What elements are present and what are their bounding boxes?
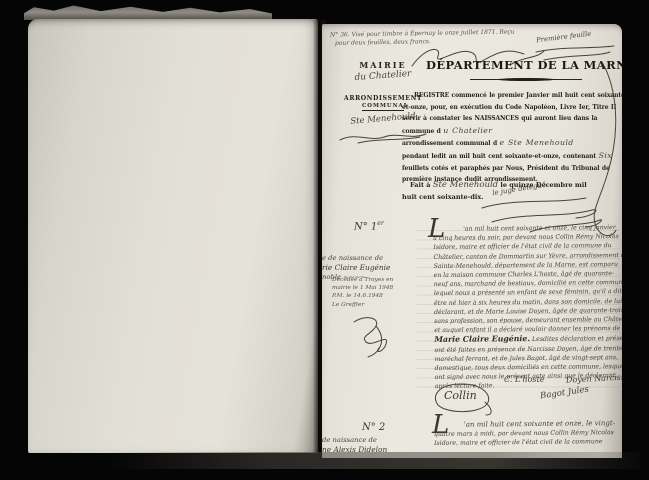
register-line: REGISTRE commencé le premier Janvier mil… <box>402 90 622 102</box>
signature-lhoste: C. L'hoste <box>504 375 544 384</box>
register-line: et-onze, pour, en exécution du Code Napo… <box>402 102 622 114</box>
fait-print-text: Fait à <box>410 181 430 189</box>
stamp-annotation-line1: N° 36. Visé pour timbre à Épernay le onz… <box>330 28 515 38</box>
fait-place-handwritten: Ste Menehould <box>433 180 498 190</box>
death-note-line: mairie le 1 Mai 1948 <box>332 284 422 292</box>
act-line-text: Lesdites déclaration et présentation <box>532 335 622 343</box>
register-print-text: arrondissement communal d <box>402 140 497 147</box>
register-line: commune d u Chatelier <box>402 125 622 138</box>
clerk-signature-flourish-icon <box>346 312 406 358</box>
child-name-emphasis: Marie Claire Eugénie. <box>434 334 530 344</box>
act-number-text: N° 1 <box>354 221 377 232</box>
mairie-commune-value: du Chatelier <box>336 68 430 85</box>
register-print-text: commune d <box>402 128 441 135</box>
communal-label: COMMUNAL <box>362 103 404 111</box>
fait-line2: huit cent soixante-dix. <box>402 193 484 201</box>
title-divider <box>470 77 582 82</box>
book-bottom-shadow <box>110 452 640 469</box>
act-number-suffix: er <box>377 220 383 227</box>
act-number-2: N° 2 <box>362 422 385 433</box>
arrondissement-handwritten-value: e Ste Menehould <box>500 138 574 147</box>
death-marginal-note: Décédée à Troyes en mairie le 1 Mai 1948… <box>332 276 422 309</box>
commune-handwritten-value: u Chatelier <box>443 126 492 135</box>
sheet-count-handwritten-value: Six <box>599 151 612 160</box>
register-line: feuillets cotés et paraphés par Nous, Pr… <box>402 163 622 175</box>
register-line: pendant ledit an mil huit cent soixante-… <box>402 150 622 163</box>
act-number-1: N° 1er <box>354 220 384 232</box>
register-right-page: N° 36. Visé pour timbre à Épernay le onz… <box>322 24 622 458</box>
act-line: Isidore, maire et officier de l'état civ… <box>434 437 622 448</box>
margin-line: de naissance de <box>322 436 426 445</box>
left-blank-page <box>28 19 318 453</box>
death-note-line: P.M. le 14.6.1948 <box>332 292 422 300</box>
book-edge-top <box>24 3 272 20</box>
act2-text: 'an mil huit cent soixante et onze, le v… <box>434 419 622 449</box>
register-line: arrondissement communal d e Ste Menehoul… <box>402 137 622 150</box>
death-note-line: Décédée à Troyes en <box>332 276 422 284</box>
register-formula: REGISTRE commencé le premier Janvier mil… <box>402 90 622 186</box>
scanned-register-photo: N° 36. Visé pour timbre à Épernay le onz… <box>0 0 649 480</box>
death-note-line: Le Greffier <box>332 301 422 309</box>
register-print-text: pendant ledit an mil huit cent soixante-… <box>402 153 596 160</box>
act1-text: 'an mil huit cent soixante et onze, le c… <box>433 223 622 392</box>
signature-collin-text: Collin <box>444 389 477 402</box>
margin-name-line: rie Claire Eugénie <box>322 263 426 272</box>
margin-line: e de naissance de <box>322 254 426 263</box>
register-line: servir à constater les NAISSANCES qui au… <box>402 113 622 125</box>
